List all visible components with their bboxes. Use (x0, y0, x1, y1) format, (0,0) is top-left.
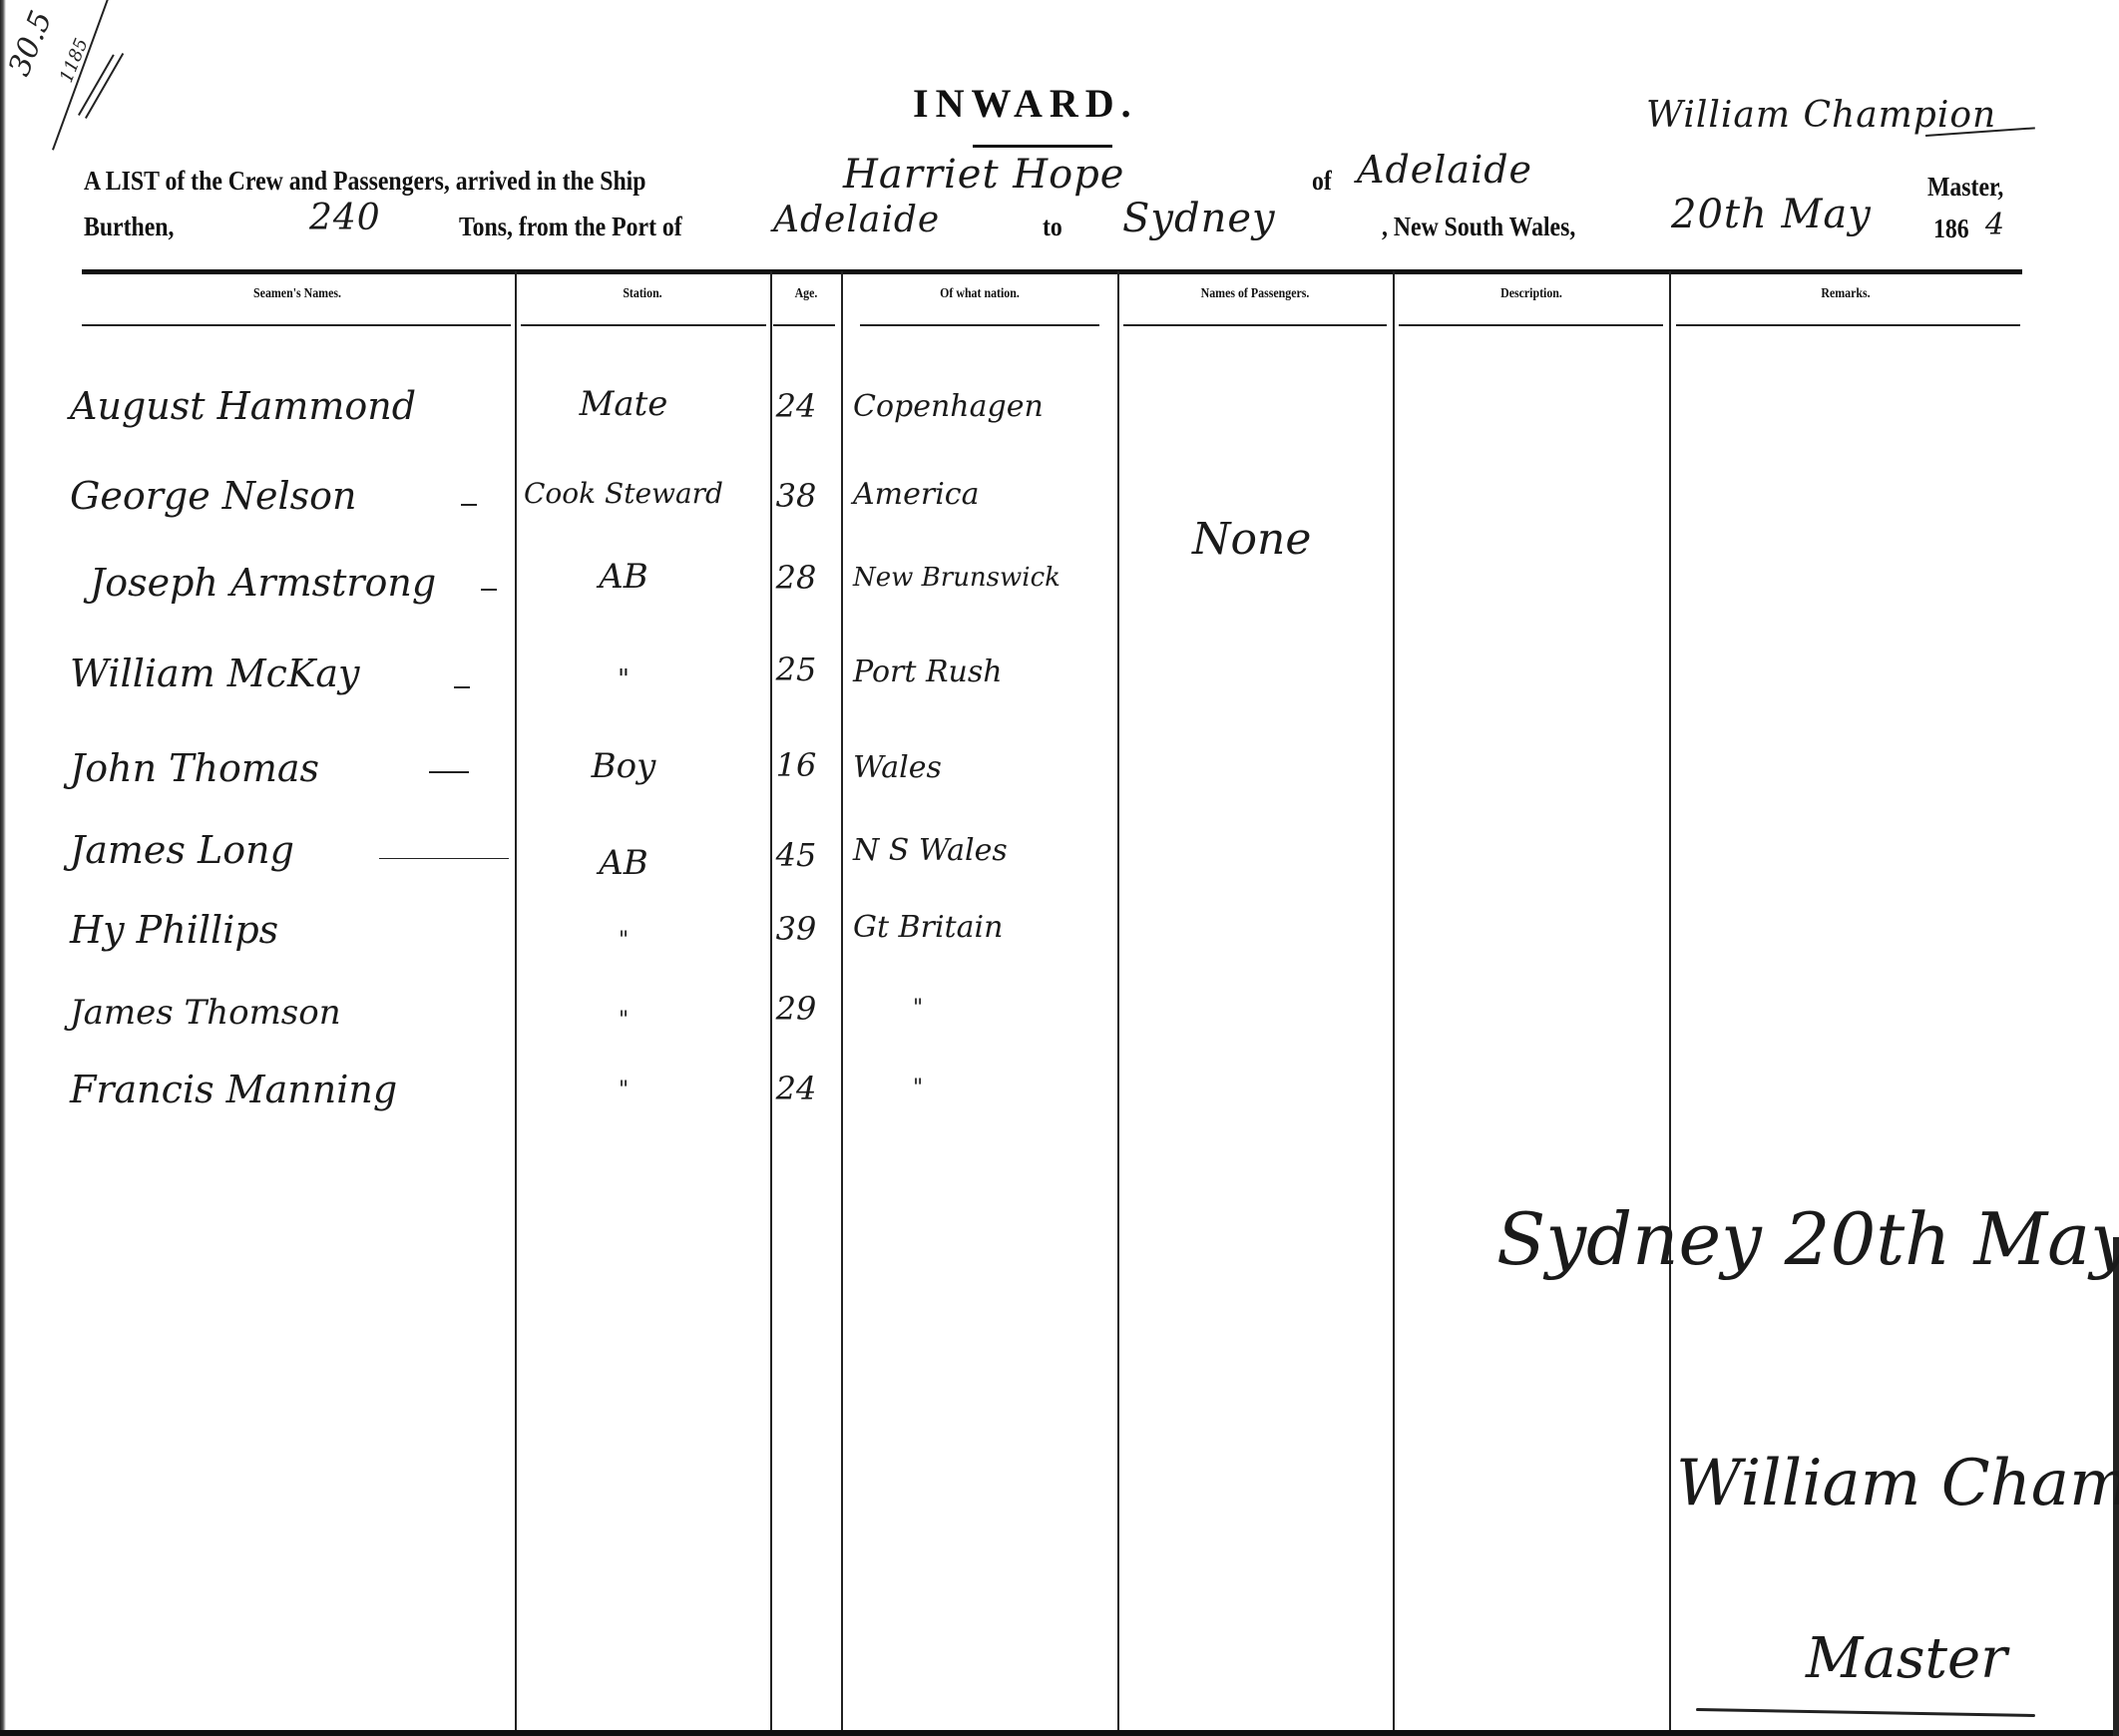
seaman-station: Mate (509, 384, 738, 424)
master-label: Master, (1927, 172, 2003, 203)
seaman-station: " (509, 1078, 738, 1102)
burthen-label: Burthen, (84, 212, 174, 242)
seaman-age: 38 (766, 477, 826, 515)
seaman-name: Francis Manning (70, 1068, 397, 1111)
fill-dash (481, 589, 497, 591)
seaman-nation: Copenhagen (853, 389, 1044, 424)
column-divider (1669, 271, 1671, 1730)
to-port: Sydney (1122, 196, 1276, 241)
burthen-tons: 240 (309, 198, 381, 238)
column-header-description: Description. (1416, 286, 1648, 302)
fill-dash (429, 771, 469, 773)
seaman-name: Joseph Armstrong (90, 561, 436, 605)
column-divider (1393, 271, 1395, 1730)
of-label: of (1312, 166, 1332, 197)
seaman-age: 29 (766, 990, 826, 1028)
seaman-nation: Gt Britain (853, 910, 1003, 945)
seaman-name: John Thomas (70, 746, 319, 790)
column-header-passengers: Names of Passengers. (1139, 286, 1370, 302)
page-bottom-edge (0, 1730, 2119, 1736)
seaman-age: 16 (766, 746, 826, 784)
seaman-age: 28 (766, 559, 826, 597)
column-header-age: Age. (777, 286, 835, 302)
seaman-station: Cook Steward (509, 477, 738, 510)
seaman-nation: " (913, 1076, 923, 1100)
table-top-rule (82, 269, 2022, 274)
ship-name: Harriet Hope (843, 152, 1124, 198)
header-rule (1399, 324, 1663, 326)
nsw-label: , New South Wales, (1382, 212, 1575, 242)
column-header-station: Station. (536, 286, 749, 302)
seaman-name: James Long (70, 828, 294, 872)
seaman-nation: Wales (853, 750, 942, 785)
document-page: 30.5 1185 INWARD. William Champion A LIS… (0, 0, 2119, 1736)
title-underline (973, 145, 1112, 148)
passengers-none: None (1192, 514, 1311, 565)
seaman-nation: America (853, 477, 980, 512)
signature-master-name: William Champion (1676, 1447, 2119, 1520)
ship-port: Adelaide (1357, 148, 1532, 192)
column-divider (841, 271, 843, 1730)
seaman-name: August Hammond (70, 384, 416, 428)
seaman-station: " (509, 664, 738, 694)
header-rule (773, 324, 835, 326)
master-name: William Champion (1646, 95, 1996, 136)
seaman-station: AB (509, 557, 738, 597)
seaman-name: William McKay (70, 651, 359, 695)
to-label: to (1043, 212, 1062, 242)
header-rule (860, 324, 1099, 326)
header-rule (521, 324, 766, 326)
year-prefix: 186 (1933, 214, 1969, 244)
seaman-age: 39 (766, 910, 826, 948)
margin-mark: 1185 (56, 36, 93, 86)
seaman-station: " (509, 1008, 738, 1033)
page-title: INWARD. (913, 80, 1138, 127)
fill-dash (461, 504, 477, 506)
seaman-nation: N S Wales (853, 833, 1008, 868)
seaman-name: Hy Phillips (70, 908, 278, 952)
tons-from-label: Tons, from the Port of (459, 212, 682, 242)
seaman-age: 45 (766, 836, 826, 874)
column-header-seamens-names: Seamen's Names. (114, 286, 480, 302)
signature-place-date: Sydney 20th May 1864 (1496, 1197, 2119, 1281)
signature-flourish (1696, 1708, 2035, 1717)
column-header-nation: Of what nation. (864, 286, 1096, 302)
header-rule (82, 324, 511, 326)
seaman-name: James Thomson (70, 993, 341, 1033)
signature-role: Master (1806, 1626, 2007, 1691)
margin-stroke (85, 53, 124, 119)
header-rule (1123, 324, 1387, 326)
page-left-edge (0, 0, 6, 1736)
header-rule (1676, 324, 2020, 326)
margin-reference-number: 30.5 (2, 6, 59, 81)
arrival-date: 20th May (1671, 192, 1872, 237)
seaman-station: " (509, 928, 738, 953)
seaman-nation: " (913, 996, 923, 1021)
fill-dash (454, 686, 470, 688)
fill-dash (379, 858, 509, 859)
seaman-station: Boy (509, 746, 738, 786)
seaman-nation: New Brunswick (853, 563, 1060, 593)
header-line1-label: A LIST of the Crew and Passengers, arriv… (84, 166, 645, 197)
seaman-age: 24 (766, 1070, 826, 1107)
column-divider (1117, 271, 1119, 1730)
seaman-name: George Nelson (70, 474, 357, 518)
from-port: Adelaide (773, 200, 940, 240)
column-header-remarks: Remarks. (1697, 286, 1994, 302)
year-suffix: 4 (1985, 208, 2005, 242)
seaman-station: AB (509, 843, 738, 883)
seaman-age: 25 (766, 651, 826, 688)
seaman-age: 24 (766, 387, 826, 425)
seaman-nation: Port Rush (853, 654, 1003, 689)
